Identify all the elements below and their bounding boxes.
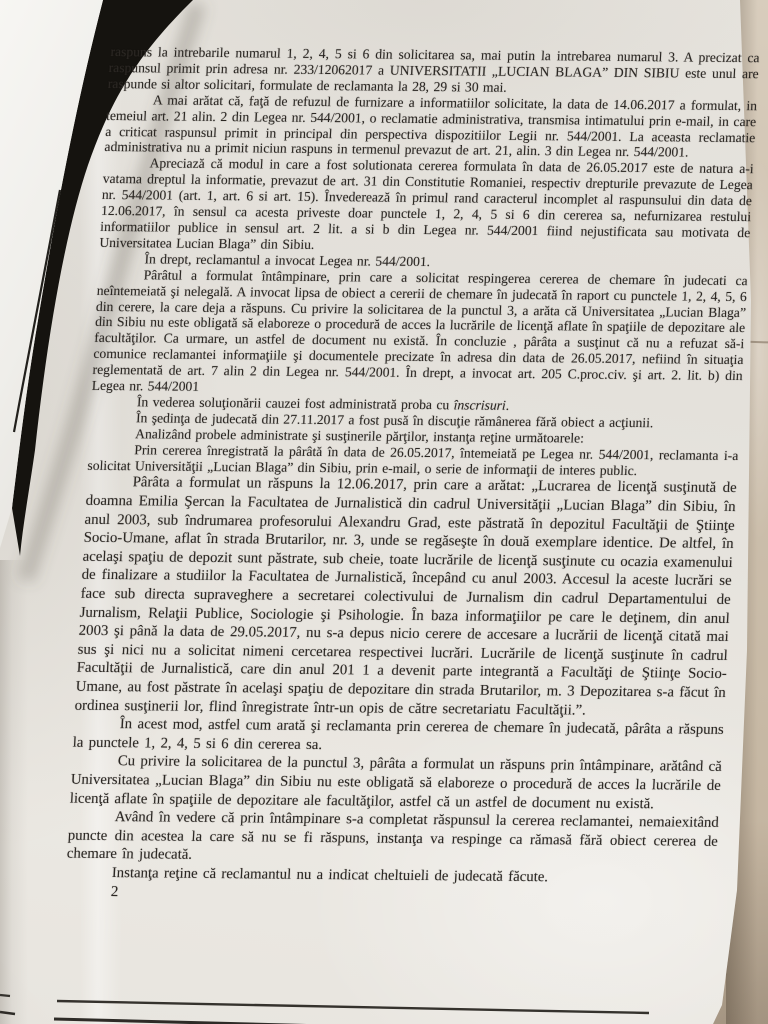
paragraph: Având în vedere că prin întâmpinare s-a … — [66, 808, 719, 870]
paragraph: raspuns la intrebarile numarul 1, 2, 4, … — [107, 44, 760, 98]
paragraph: Cu privire la solicitarea de la punctul … — [69, 752, 722, 814]
italic-term: înscrisuri — [453, 397, 506, 412]
document-photo: raspuns la intrebarile numarul 1, 2, 4, … — [0, 0, 768, 1024]
document-text: raspuns la intrebarile numarul 1, 2, 4, … — [64, 44, 760, 907]
paragraph: Pârâtul a formulat întâmpinare, prin car… — [91, 267, 748, 400]
paragraph: Apreciază că modul in care a fost soluti… — [99, 155, 754, 257]
text-section-upper: raspuns la intrebarile numarul 1, 2, 4, … — [87, 44, 760, 480]
paragraph: A mai arătat că, faţă de refuzul de furn… — [104, 92, 757, 162]
paragraph: În acest mod, astfel cum arată şi reclam… — [72, 715, 724, 758]
paragraph: Pârâta a formulat un răspuns la 12.06.20… — [74, 473, 737, 721]
paper-left-edge-shade — [0, 560, 30, 1024]
text-section-lower: Pârâta a formulat un răspuns la 12.06.20… — [64, 473, 737, 907]
